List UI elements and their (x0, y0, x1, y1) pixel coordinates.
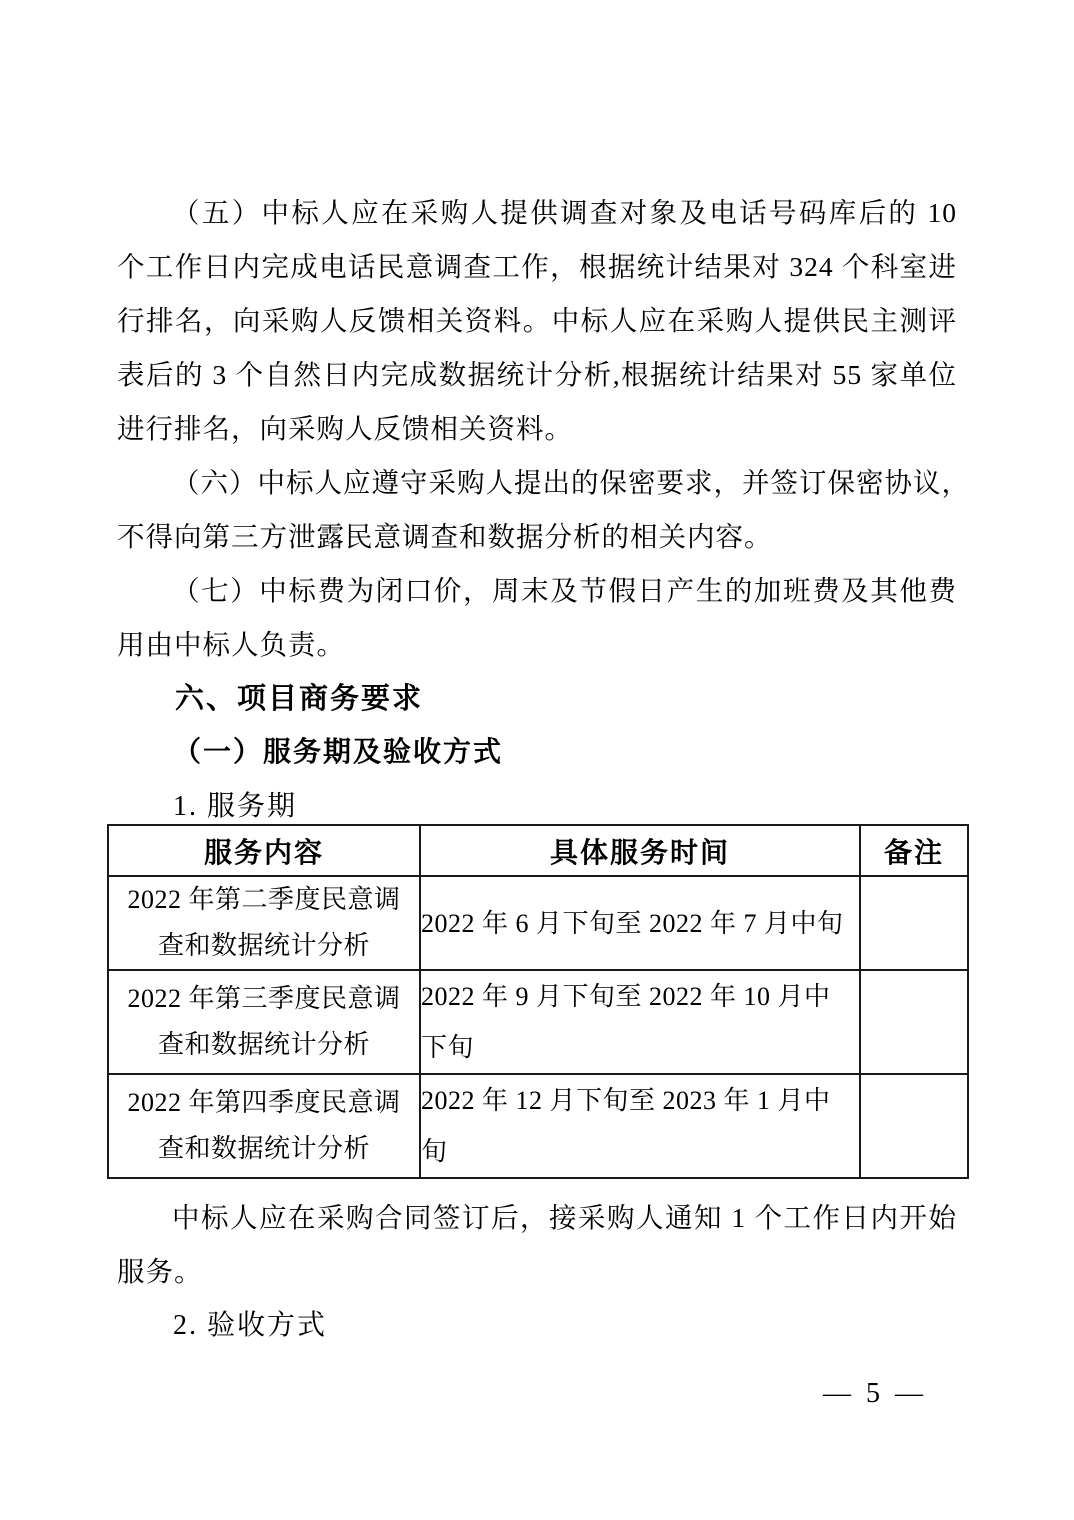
section-heading-business-requirements: 六、项目商务要求 (117, 672, 957, 726)
text-line: 进行排名，向采购人反馈相关资料。 (117, 402, 957, 456)
table-row: 2022 年第三季度民意调查和数据统计分析 2022 年 9 月下旬至 2022… (108, 970, 968, 1074)
document-page: （五）中标人应在采购人提供调查对象及电话号码库后的 10个工作日内完成电话民意调… (0, 0, 1074, 1520)
subsection-heading-service-period-acceptance: （一）服务期及验收方式 (117, 726, 957, 780)
text-line: 服务。 (117, 1245, 957, 1299)
text-line: 查和数据统计分析 (109, 1126, 419, 1172)
text-line: 旬 (421, 1126, 859, 1177)
text-line: （六）中标人应遵守采购人提出的保密要求，并签订保密协议， (117, 456, 957, 510)
text-line: （五）中标人应在采购人提供调查对象及电话号码库后的 10 (117, 186, 957, 240)
text-line: 查和数据统计分析 (109, 1022, 419, 1068)
cell-service-content: 2022 年第二季度民意调查和数据统计分析 (108, 876, 420, 970)
text-line: 行排名，向采购人反馈相关资料。中标人应在采购人提供民主测评 (117, 294, 957, 348)
paragraph-contract-start: 中标人应在采购合同签订后，接采购人通知 1 个工作日内开始服务。 (117, 1191, 957, 1299)
text-line: 2022 年第四季度民意调 (109, 1080, 419, 1126)
text-line: （七）中标费为闭口价，周末及节假日产生的加班费及其他费 (117, 564, 957, 618)
text-line: 2022 年第三季度民意调 (109, 976, 419, 1022)
cell-service-time: 2022 年 12 月下旬至 2023 年 1 月中旬 (420, 1074, 860, 1178)
text-line: 2022 年第二季度民意调 (109, 877, 419, 923)
text-line: 个工作日内完成电话民意调查工作，根据统计结果对 324 个科室进 (117, 240, 957, 294)
cell-note (860, 876, 968, 970)
cell-service-time: 2022 年 6 月下旬至 2022 年 7 月中旬 (420, 876, 860, 970)
text-line: 2022 年 6 月下旬至 2022 年 7 月中旬 (421, 898, 859, 949)
text-line: 2022 年 12 月下旬至 2023 年 1 月中 (421, 1075, 859, 1126)
cell-service-content: 2022 年第四季度民意调查和数据统计分析 (108, 1074, 420, 1178)
table-header-note: 备注 (860, 825, 968, 876)
document-content: （五）中标人应在采购人提供调查对象及电话号码库后的 10个工作日内完成电话民意调… (107, 186, 967, 1421)
cell-note (860, 970, 968, 1074)
paragraph-item-5: （五）中标人应在采购人提供调查对象及电话号码库后的 10个工作日内完成电话民意调… (117, 186, 957, 456)
table-header-service-time: 具体服务时间 (420, 825, 860, 876)
service-period-table: 服务内容 具体服务时间 备注 2022 年第二季度民意调查和数据统计分析 202… (107, 824, 969, 1179)
text-line: 2022 年 9 月下旬至 2022 年 10 月中 (421, 971, 859, 1022)
text-line: 查和数据统计分析 (109, 923, 419, 969)
table-header-row: 服务内容 具体服务时间 备注 (108, 825, 968, 876)
cell-note (860, 1074, 968, 1178)
text-line: 不得向第三方泄露民意调查和数据分析的相关内容。 (117, 510, 957, 564)
cell-service-time: 2022 年 9 月下旬至 2022 年 10 月中下旬 (420, 970, 860, 1074)
text-line: 下旬 (421, 1022, 859, 1073)
paragraph-item-7: （七）中标费为闭口价，周末及节假日产生的加班费及其他费用由中标人负责。 (117, 564, 957, 672)
page-number: — 5 — (107, 1367, 967, 1421)
paragraph-item-6: （六）中标人应遵守采购人提出的保密要求，并签订保密协议，不得向第三方泄露民意调查… (117, 456, 957, 564)
table-row: 2022 年第二季度民意调查和数据统计分析 2022 年 6 月下旬至 2022… (108, 876, 968, 970)
text-line: 用由中标人负责。 (117, 618, 957, 672)
item-heading-acceptance-method: 2. 验收方式 (117, 1299, 957, 1353)
table-header-service-content: 服务内容 (108, 825, 420, 876)
cell-service-content: 2022 年第三季度民意调查和数据统计分析 (108, 970, 420, 1074)
text-line: 中标人应在采购合同签订后，接采购人通知 1 个工作日内开始 (117, 1191, 957, 1245)
table-row: 2022 年第四季度民意调查和数据统计分析 2022 年 12 月下旬至 202… (108, 1074, 968, 1178)
text-line: 表后的 3 个自然日内完成数据统计分析,根据统计结果对 55 家单位 (117, 348, 957, 402)
